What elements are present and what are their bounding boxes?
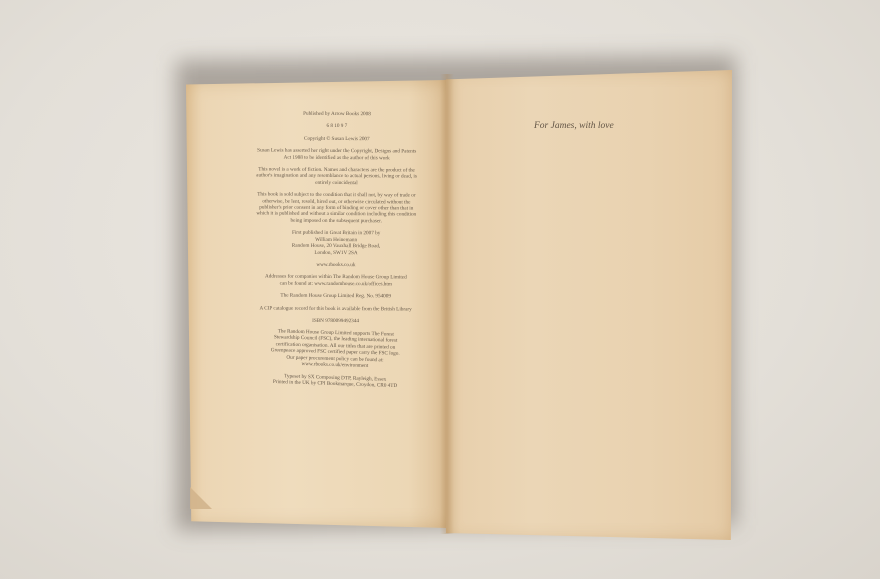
sale-condition-paragraph: This book is sold subject to the conditi… <box>227 191 445 225</box>
copyright-text: Published by Arrow Books 2008 6 8 10 9 7… <box>226 110 446 388</box>
text-line: can be found at: www.randomhouse.co.uk/o… <box>227 280 445 288</box>
registration-line: The Random House Group Limited Reg. No. … <box>227 292 445 300</box>
cip-line: A CIP catalogue record for this book is … <box>227 305 445 313</box>
fsc-paragraph: The Random House Group Limited supports … <box>226 327 445 372</box>
website-line: www.rbooks.co.uk <box>227 261 445 269</box>
first-published-paragraph: First published in Great Britain in 2007… <box>227 230 445 257</box>
folded-corner <box>190 487 212 509</box>
open-book: Published by Arrow Books 2008 6 8 10 9 7… <box>0 0 880 579</box>
isbn-line: ISBN 9780099492344 <box>227 317 445 325</box>
fiction-disclaimer: This novel is a work of fiction. Names a… <box>227 166 445 187</box>
dedication-text: For James, with love <box>534 121 614 131</box>
right-page <box>446 70 732 540</box>
publisher-line: Published by Arrow Books 2008 <box>228 110 446 118</box>
moral-rights-paragraph: Susan Lewis has asserted her right under… <box>228 147 446 161</box>
printing-line: 6 8 10 9 7 <box>228 123 446 131</box>
copyright-line: Copyright © Susan Lewis 2007 <box>228 135 446 143</box>
addresses-paragraph: Addresses for companies within The Rando… <box>227 274 445 288</box>
text-line: London, SW1V 2SA <box>227 249 445 257</box>
